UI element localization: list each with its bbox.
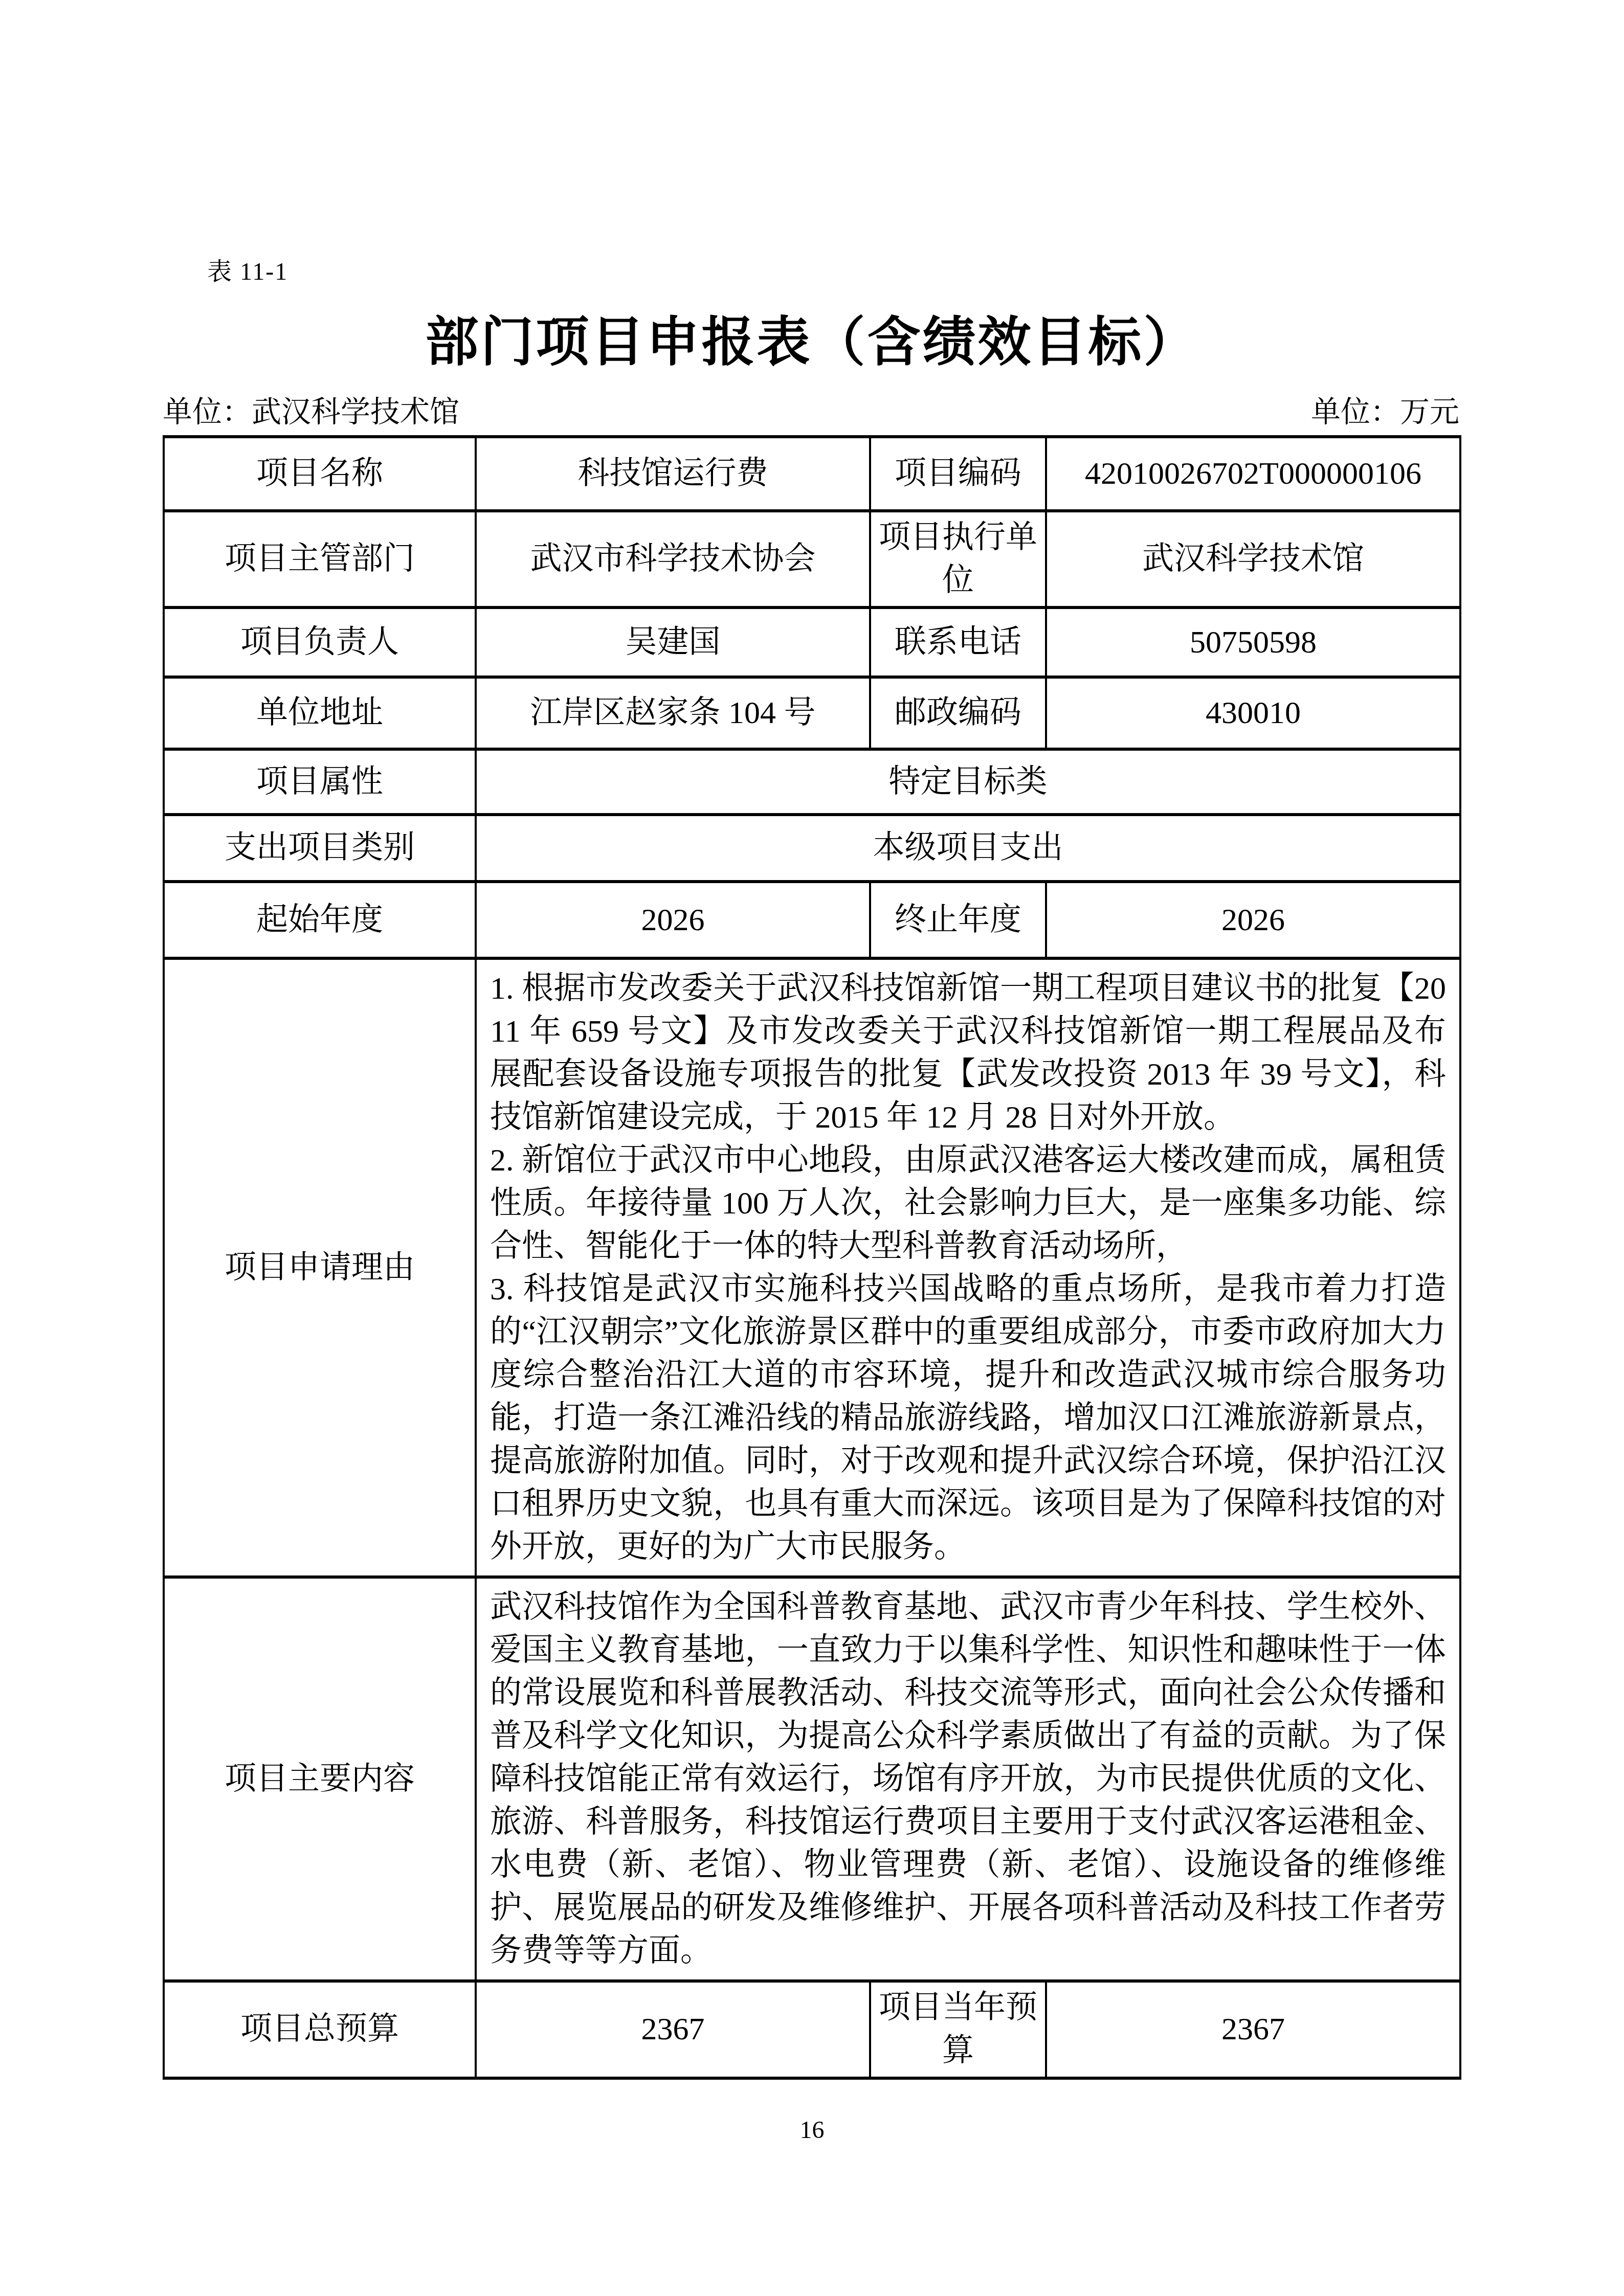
project-name-label: 项目名称 xyxy=(164,437,476,511)
page-title: 部门项目申报表（含绩效目标） xyxy=(0,299,1624,376)
main-content-paragraph-1: 武汉科技馆作为全国科普教育基地、武汉市青少年科技、学生校外、爱国主义教育基地，一… xyxy=(490,1586,1446,1972)
project-leader-value: 吴建国 xyxy=(476,607,870,677)
reason-paragraph-2: 2. 新馆位于武汉市中心地段，由原武汉港客运大楼改建而成，属租赁性质。年接待量 … xyxy=(490,1139,1446,1268)
expense-category-value: 本级项目支出 xyxy=(476,815,1460,882)
table-row-budget: 项目总预算 2367 项目当年预算 2367 xyxy=(164,1981,1460,2078)
supervisor-dept-label: 项目主管部门 xyxy=(164,511,476,607)
table-row-leader: 项目负责人 吴建国 联系电话 50750598 xyxy=(164,607,1460,677)
current-year-budget-label: 项目当年预算 xyxy=(870,1981,1046,2078)
project-application-table: 项目名称 科技馆运行费 项目编码 42010026702T000000106 项… xyxy=(163,435,1461,2080)
reason-paragraph-1: 1. 根据市发改委关于武汉科技馆新馆一期工程项目建议书的批复【2011 年 65… xyxy=(490,967,1446,1139)
postal-code-value: 430010 xyxy=(1046,677,1460,749)
project-code-value: 42010026702T000000106 xyxy=(1046,437,1460,511)
reporting-unit-label: 单位：武汉科学技术馆 xyxy=(163,388,459,431)
contact-phone-label: 联系电话 xyxy=(870,607,1046,677)
project-leader-label: 项目负责人 xyxy=(164,607,476,677)
current-year-budget-value: 2367 xyxy=(1046,1981,1460,2078)
table-row-expense-category: 支出项目类别 本级项目支出 xyxy=(164,815,1460,882)
main-content-label: 项目主要内容 xyxy=(164,1577,476,1981)
total-budget-label: 项目总预算 xyxy=(164,1981,476,2078)
unit-address-value: 江岸区赵家条 104 号 xyxy=(476,677,870,749)
total-budget-value: 2367 xyxy=(476,1981,870,2078)
table-row-years: 起始年度 2026 终止年度 2026 xyxy=(164,882,1460,958)
executing-unit-label: 项目执行单位 xyxy=(870,511,1046,607)
table-row-project-name: 项目名称 科技馆运行费 项目编码 42010026702T000000106 xyxy=(164,437,1460,511)
table-row-application-reason: 项目申请理由 1. 根据市发改委关于武汉科技馆新馆一期工程项目建议书的批复【20… xyxy=(164,958,1460,1577)
form-number: 表 11-1 xyxy=(207,252,288,287)
project-attribute-label: 项目属性 xyxy=(164,749,476,815)
unit-address-label: 单位地址 xyxy=(164,677,476,749)
postal-code-label: 邮政编码 xyxy=(870,677,1046,749)
page-number: 16 xyxy=(0,2116,1624,2144)
start-year-value: 2026 xyxy=(476,882,870,958)
reason-paragraph-3: 3. 科技馆是武汉市实施科技兴国战略的重点场所，是我市着力打造的“江汉朝宗”文化… xyxy=(490,1268,1446,1568)
executing-unit-value: 武汉科学技术馆 xyxy=(1046,511,1460,607)
table-row-main-content: 项目主要内容 武汉科技馆作为全国科普教育基地、武汉市青少年科技、学生校外、爱国主… xyxy=(164,1577,1460,1981)
application-reason-label: 项目申请理由 xyxy=(164,958,476,1577)
end-year-label: 终止年度 xyxy=(870,882,1046,958)
start-year-label: 起始年度 xyxy=(164,882,476,958)
end-year-value: 2026 xyxy=(1046,882,1460,958)
application-reason-content: 1. 根据市发改委关于武汉科技馆新馆一期工程项目建议书的批复【2011 年 65… xyxy=(476,958,1460,1577)
supervisor-dept-value: 武汉市科学技术协会 xyxy=(476,511,870,607)
document-page: 表 11-1 部门项目申报表（含绩效目标） 单位：武汉科学技术馆 单位：万元 项… xyxy=(0,0,1624,2296)
table-row-supervisor: 项目主管部门 武汉市科学技术协会 项目执行单位 武汉科学技术馆 xyxy=(164,511,1460,607)
project-code-label: 项目编码 xyxy=(870,437,1046,511)
currency-unit-label: 单位：万元 xyxy=(1311,388,1459,431)
main-content-content: 武汉科技馆作为全国科普教育基地、武汉市青少年科技、学生校外、爱国主义教育基地，一… xyxy=(476,1577,1460,1981)
table-row-address: 单位地址 江岸区赵家条 104 号 邮政编码 430010 xyxy=(164,677,1460,749)
contact-phone-value: 50750598 xyxy=(1046,607,1460,677)
project-attribute-value: 特定目标类 xyxy=(476,749,1460,815)
expense-category-label: 支出项目类别 xyxy=(164,815,476,882)
unit-row: 单位：武汉科学技术馆 单位：万元 xyxy=(163,388,1459,431)
project-name-value: 科技馆运行费 xyxy=(476,437,870,511)
table-row-attribute: 项目属性 特定目标类 xyxy=(164,749,1460,815)
